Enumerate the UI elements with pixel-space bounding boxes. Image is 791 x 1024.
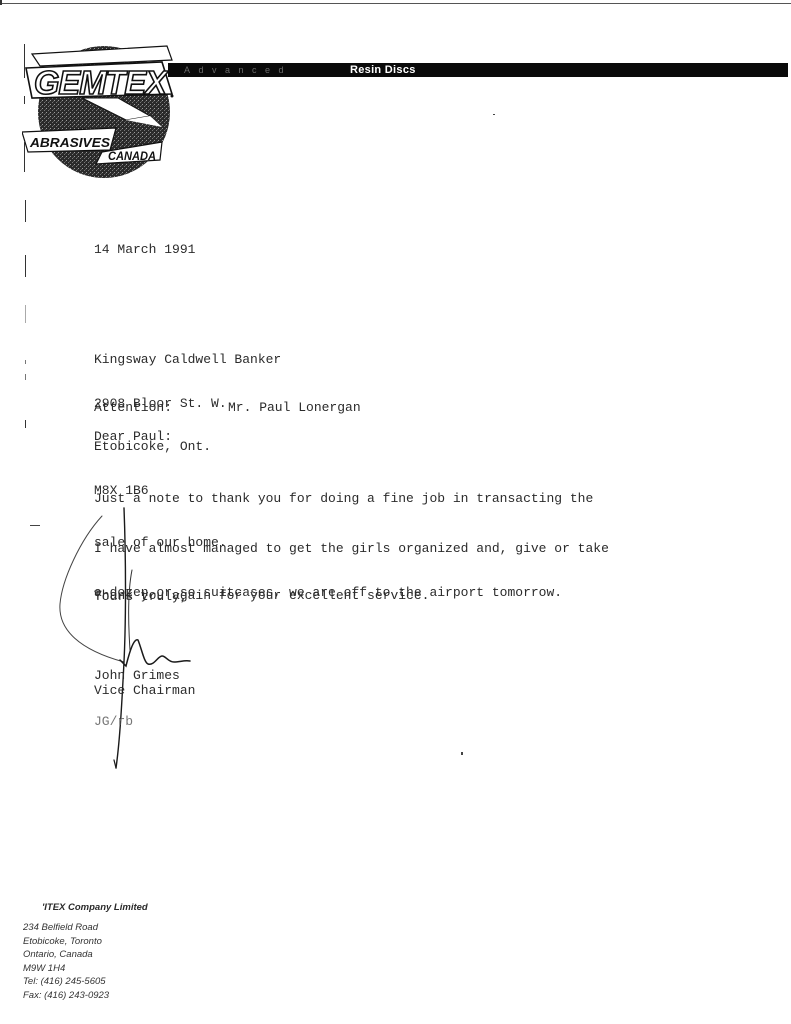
signer-title: Vice Chairman [94,684,195,699]
gemtex-circular-logo-icon: GEMTEX ABRASIVES CANADA [22,32,182,182]
scan-margin-mark [25,374,26,380]
gemtex-logo: GEMTEX ABRASIVES CANADA [22,32,182,182]
scan-margin-mark [25,420,26,428]
svg-text:ABRASIVES: ABRASIVES [29,136,111,150]
paragraph-line: Just a note to thank you for doing a fin… [94,492,593,507]
reference-initials: JG/rb [94,715,133,730]
footer-address-line: 234 Belfield Road [23,921,148,935]
scan-margin-mark [25,255,26,277]
letter-date: 14 March 1991 [94,243,195,258]
scan-margin-mark [24,96,25,104]
signer-name: John Grimes [94,669,180,684]
scan-top-edge [0,3,791,4]
scan-margin-mark [25,360,26,364]
footer-address-line: Ontario, Canada [23,948,148,962]
scan-margin-mark [25,305,26,323]
letterhead-bar: Advanced Resin Discs [168,63,788,77]
scan-speck [493,114,495,115]
bar-product-name: Resin Discs [350,63,416,77]
footer-company-name: 'ITEX Company Limited [42,902,148,914]
scan-speck [30,525,40,526]
footer-fax: Fax: (416) 243-0923 [23,989,148,1003]
svg-text:GEMTEX: GEMTEX [34,64,169,101]
scan-top-edge-tick [0,0,2,5]
address-line: Kingsway Caldwell Banker [94,353,281,368]
paragraph-line: I have almost managed to get the girls o… [94,542,609,557]
attention-value: Mr. Paul Lonergan [228,400,361,415]
footer-phone: Tel: (416) 245-5605 [23,975,148,989]
footer-address-line: Etobicoke, Toronto [23,935,148,949]
attention-line: Attention:Mr. Paul Lonergan [94,401,361,416]
company-footer: 'ITEX Company Limited 234 Belfield Road … [23,902,148,1003]
attention-label: Attention: [94,401,228,416]
scan-speck [461,752,463,755]
bar-tagline: Advanced [184,63,292,77]
salutation: Dear Paul: [94,430,172,445]
scan-margin-mark [24,142,25,172]
closing: Yours truly, [94,590,188,605]
footer-address-line: M9W 1H4 [23,962,148,976]
svg-text:CANADA: CANADA [108,149,156,163]
scan-margin-mark [24,44,25,78]
scan-margin-mark [25,200,26,222]
